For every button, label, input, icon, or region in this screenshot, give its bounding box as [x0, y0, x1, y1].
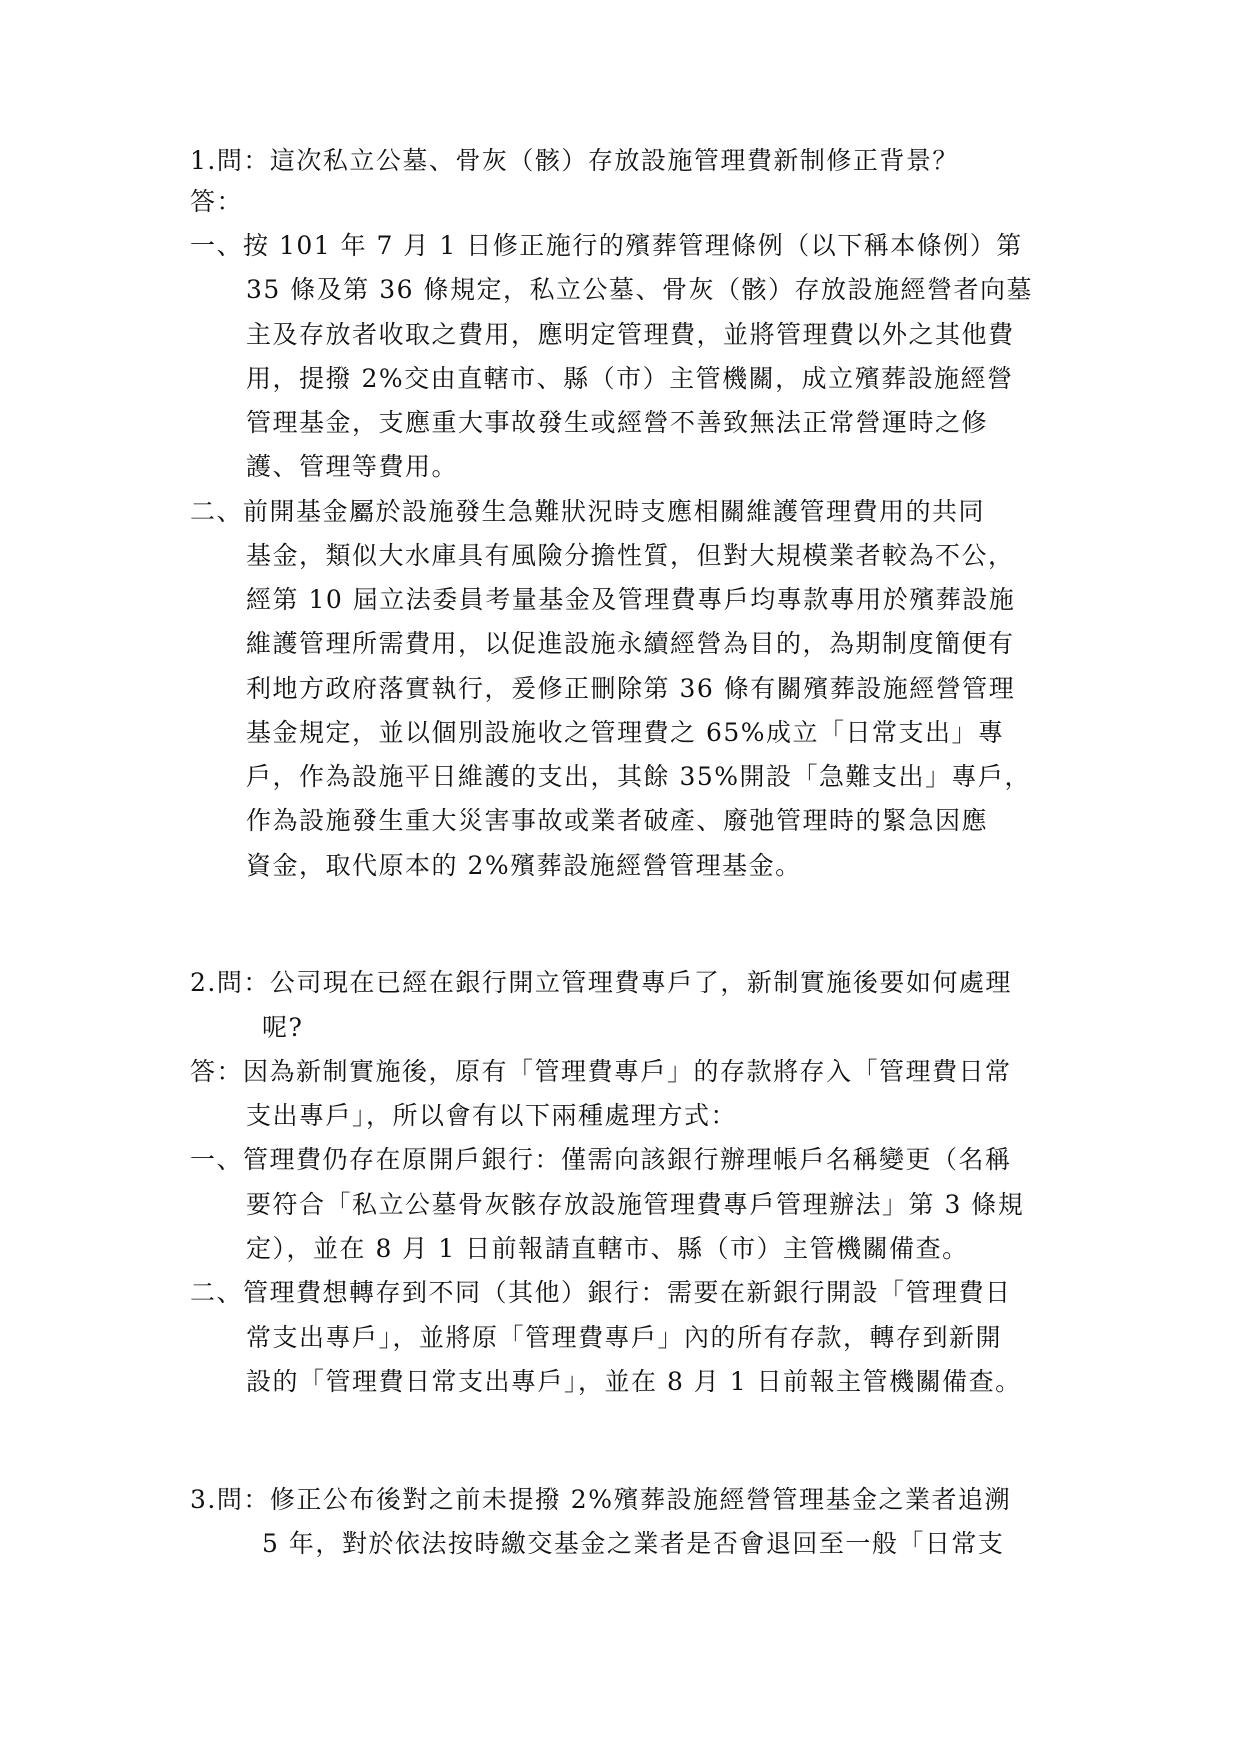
question-3-line-1: 3.問：修正公布後對之前未提撥 2%殯葬設施經營管理基金之業者追溯	[190, 1485, 1011, 1515]
answer-1-item-2-line-3: 經第 10 屆立法委員考量基金及管理費專戶均專款專用於殯葬設施	[246, 585, 1015, 615]
answer-1-item-2-line-5: 利地方政府落實執行，爰修正刪除第 36 條有關殯葬設施經營管理	[246, 674, 1015, 704]
answer-1-item-1-line-5: 管理基金，支應重大事故發生或經營不善致無法正常營運時之修	[246, 408, 988, 438]
answer-1-item-1-line-6: 護、管理等費用。	[246, 452, 458, 482]
answer-2-item-2-line-1: 二、管理費想轉存到不同（其他）銀行：需要在新銀行開設「管理費日	[190, 1278, 1012, 1308]
question-1: 1.問：這次私立公墓、骨灰（骸）存放設施管理費新制修正背景？	[190, 146, 959, 176]
answer-2-item-2-line-2: 常支出專戶」，並將原「管理費專戶」內的所有存款，轉存到新開	[246, 1323, 1002, 1353]
question-2-line-1: 2.問：公司現在已經在銀行開立管理費專戶了，新制實施後要如何處理	[190, 968, 1012, 998]
answer-1-item-2-line-2: 基金，類似大水庫具有風險分擔性質，但對大規模業者較為不公，	[246, 541, 1015, 571]
answer-1-item-1-line-1: 一、按 101 年 7 月 1 日修正施行的殯葬管理條例（以下稱本條例）第	[190, 231, 1023, 261]
answer-1-item-1-line-2: 35 條及第 36 條規定，私立公墓、骨灰（骸）存放設施經營者向墓	[246, 275, 1033, 305]
answer-2-item-2-line-3: 設的「管理費日常支出專戶」，並在 8 月 1 日前報主管機關備查。	[246, 1367, 1022, 1397]
question-3-line-2: 5 年，對於依法按時繳交基金之業者是否會退回至一般「日常支	[262, 1529, 1004, 1559]
answer-1-item-2-line-6: 基金規定，並以個別設施收之管理費之 65%成立「日常支出」專	[246, 718, 1005, 748]
answer-1-item-1-line-4: 用，提撥 2%交由直轄市、縣（市）主管機關，成立殯葬設施經營	[246, 364, 1014, 394]
answer-1-item-2-line-9: 資金，取代原本的 2%殯葬設施經營管理基金。	[246, 851, 802, 881]
answer-1-item-2-line-4: 維護管理所需費用，以促進設施永續經營為目的，為期制度簡便有	[246, 629, 1015, 659]
answer-1-item-2-line-8: 作為設施發生重大災害事故或業者破產、廢弛管理時的緊急因應	[246, 806, 988, 836]
answer-2-line-2: 支出專戶」，所以會有以下兩種處理方式：	[246, 1101, 737, 1131]
answer-1-item-2-line-1: 二、前開基金屬於設施發生急難狀況時支應相關維護管理費用的共同	[190, 497, 985, 527]
answer-2-item-1-line-2: 要符合「私立公墓骨灰骸存放設施管理費專戶管理辦法」第 3 條規	[246, 1190, 1024, 1220]
question-2-line-2: 呢?	[262, 1013, 303, 1043]
answer-2-line-1: 答：因為新制實施後，原有「管理費專戶」的存款將存入「管理費日常	[190, 1057, 1012, 1087]
answer-1-item-1-line-3: 主及存放者收取之費用，應明定管理費，並將管理費以外之其他費	[246, 320, 1015, 350]
answer-2-item-1-line-1: 一、管理費仍存在原開戶銀行：僅需向該銀行辦理帳戶名稱變更（名稱	[190, 1145, 1012, 1175]
answer-1-item-2-line-7: 戶，作為設施平日維護的支出，其餘 35%開設「急難支出」專戶，	[246, 762, 1031, 792]
answer-2-item-1-line-3: 定），並在 8 月 1 日前報請直轄市、縣（市）主管機關備查。	[246, 1234, 969, 1264]
document-page: 1.問：這次私立公墓、骨灰（骸）存放設施管理費新制修正背景？ 答： 一、按 10…	[0, 0, 1241, 1755]
answer-label-1: 答：	[190, 187, 243, 217]
